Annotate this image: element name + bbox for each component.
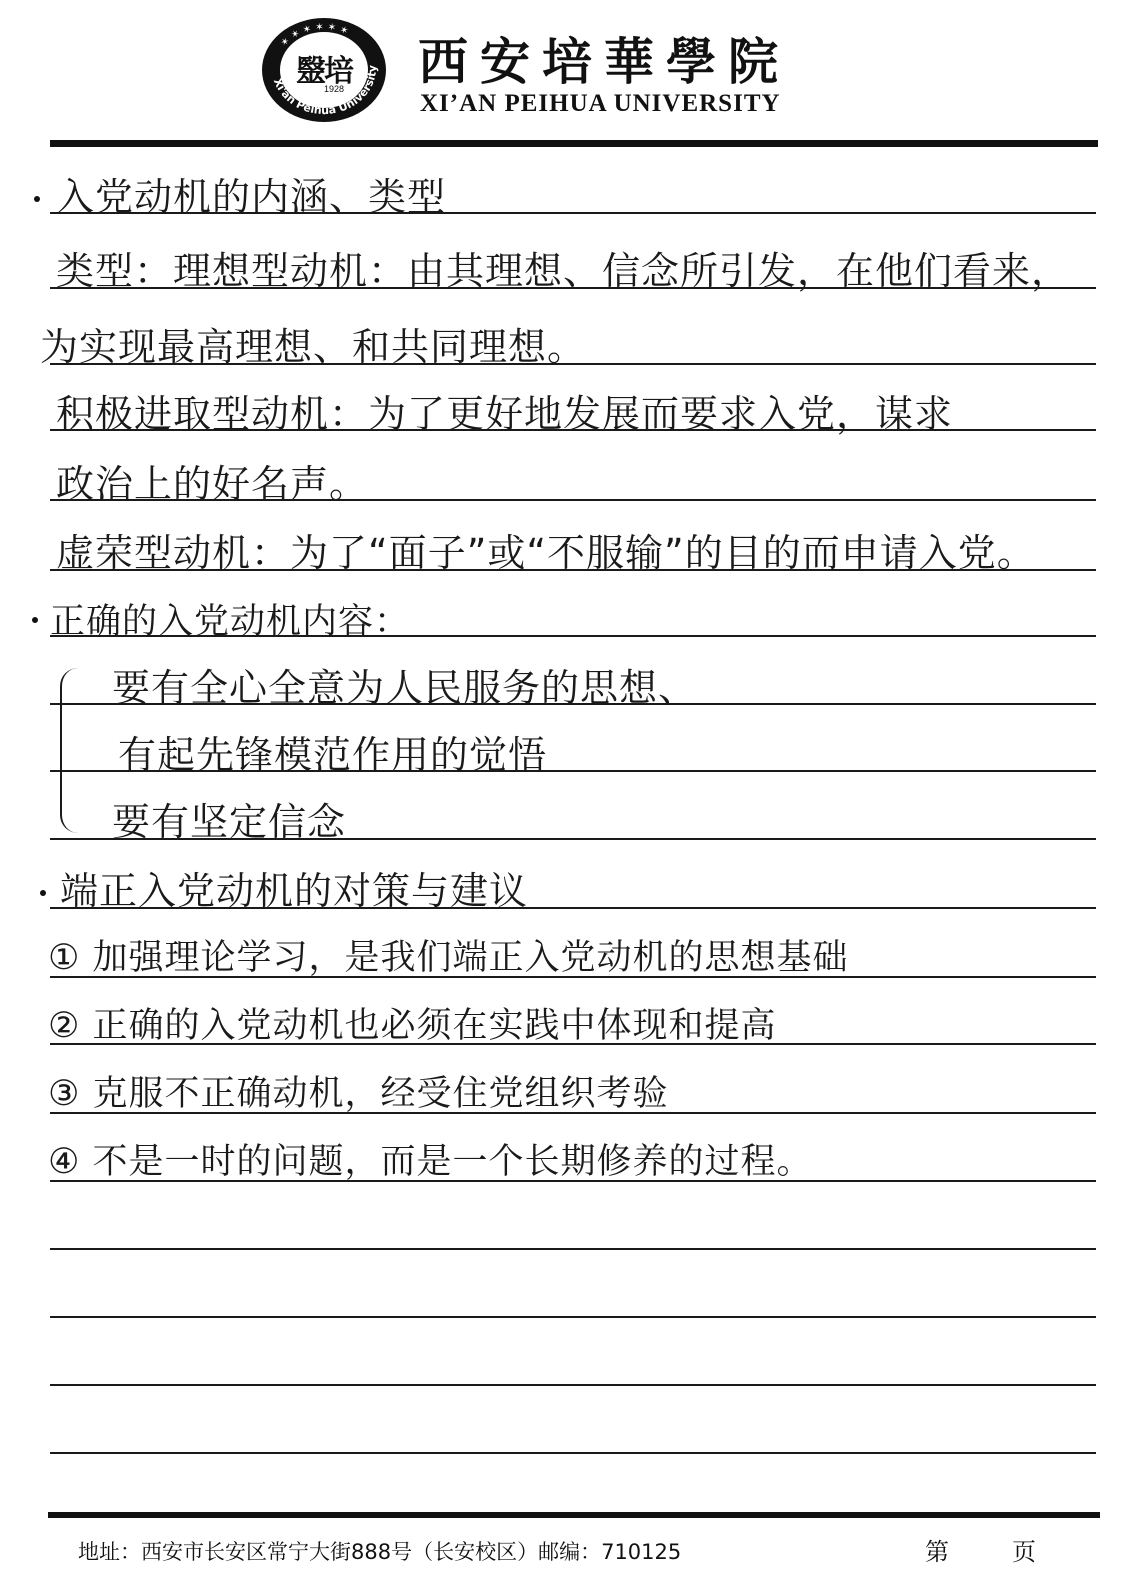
ruled-line: [50, 1248, 1096, 1250]
page-label-suffix: 页: [1012, 1532, 1036, 1567]
brace-icon: [60, 668, 92, 833]
ruled-line: [50, 1452, 1096, 1454]
note-line: 类型：理想型动机：由其理想、信念所引发，在他们看来，: [56, 240, 1070, 295]
logo-year: 1928: [324, 84, 344, 94]
logo-emblem: 毉培 1928: [280, 32, 368, 108]
note-line: 虚荣型动机：为了“面子”或“不服输”的目的而申请入党。: [56, 522, 1036, 577]
university-logo: ✶ ✶ ✶ ✶ ✶ ✶ Xi'an Peihua University 毉培 1…: [262, 18, 386, 122]
header-rule: [50, 140, 1098, 147]
bullet-icon: [40, 890, 46, 896]
university-name-en: XI’AN PEIHUA UNIVERSITY: [420, 90, 781, 118]
ruled-line: [50, 1384, 1096, 1386]
note-line: 要有坚定信念: [112, 791, 346, 846]
bullet-icon: [34, 196, 40, 202]
bullet-icon: [32, 617, 38, 623]
note-line: 积极进取型动机：为了更好地发展而要求入党，谋求: [56, 383, 953, 438]
note-line: 政治上的好名声。: [56, 453, 368, 508]
footer-rule: [48, 1512, 1100, 1518]
note-line: ④ 不是一时的问题，而是一个长期修养的过程。: [48, 1134, 813, 1184]
note-line: ② 正确的入党动机也必须在实践中体现和提高: [48, 998, 777, 1048]
note-line: ① 加强理论学习，是我们端正入党动机的思想基础: [48, 930, 849, 980]
section-heading: 端正入党动机的对策与建议: [60, 860, 528, 915]
section-heading: 入党动机的内涵、类型: [56, 166, 446, 221]
letterhead: ✶ ✶ ✶ ✶ ✶ ✶ Xi'an Peihua University 毉培 1…: [0, 0, 1144, 150]
note-line: 为实现最高理想、和共同理想。: [40, 316, 586, 371]
ruled-line: [50, 1316, 1096, 1318]
note-line: 有起先锋模范作用的觉悟: [118, 724, 547, 779]
section-heading: 正确的入党动机内容：: [50, 594, 410, 644]
note-line: 要有全心全意为人民服务的思想、: [112, 657, 697, 712]
note-line: ③ 克服不正确动机，经受住党组织考验: [48, 1066, 669, 1116]
footer-address: 地址：西安市长安区常宁大街888号（长安校区）邮编：710125: [78, 1536, 681, 1566]
page-label-prefix: 第: [925, 1532, 949, 1567]
university-name-cn: 西安培華學院: [418, 22, 790, 94]
